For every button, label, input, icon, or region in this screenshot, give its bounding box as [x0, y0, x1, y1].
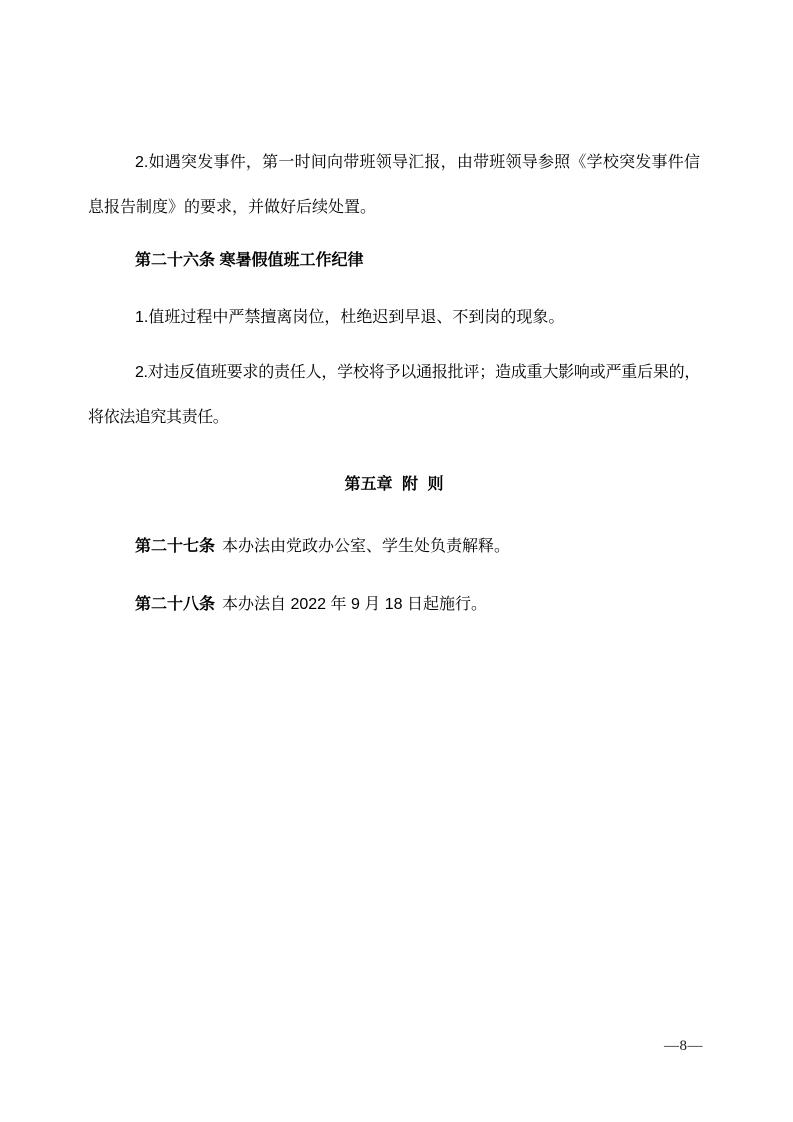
article-27-text: 本办法由党政办公室、学生处负责解释。	[222, 538, 510, 555]
article-27-label: 第二十七条	[135, 538, 215, 555]
document-page: 2.如遇突发事件，第一时间向带班领导汇报，由带班领导参照《学校突发事件信息报告制…	[0, 0, 793, 1122]
page-number: —8—	[664, 1036, 703, 1056]
article-28-label: 第二十八条	[135, 596, 215, 613]
article-26-heading: 第二十六条 寒暑假值班工作纪律	[88, 238, 700, 283]
paragraph-article-28: 第二十八条本办法自 2022 年 9 月 18 日起施行。	[88, 582, 700, 627]
paragraph-discipline-item-2: 2.对违反值班要求的责任人，学校将予以通报批评；造成重大影响或严重后果的，将依法…	[88, 350, 700, 440]
paragraph-discipline-item-1: 1.值班过程中严禁擅离岗位，杜绝迟到早退、不到岗的现象。	[88, 295, 700, 340]
paragraph-article-27: 第二十七条本办法由党政办公室、学生处负责解释。	[88, 524, 700, 569]
chapter-5-heading: 第五章 附 则	[88, 462, 700, 507]
article-28-text: 本办法自 2022 年 9 月 18 日起施行。	[222, 596, 487, 613]
paragraph-emergency-report: 2.如遇突发事件，第一时间向带班领导汇报，由带班领导参照《学校突发事件信息报告制…	[88, 140, 700, 230]
